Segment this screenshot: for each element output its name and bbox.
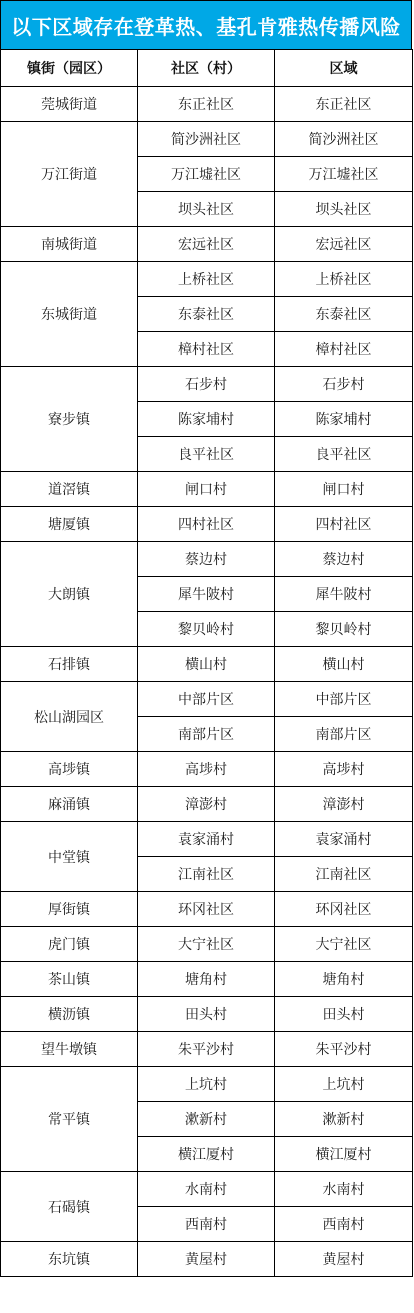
area-cell: 宏远社区 xyxy=(275,227,413,262)
town-cell: 望牛墩镇 xyxy=(1,1032,138,1067)
area-cell: 横江厦村 xyxy=(275,1137,413,1172)
town-cell: 常平镇 xyxy=(1,1067,138,1172)
table-row: 高埗镇高埗村高埗村 xyxy=(1,752,413,787)
header-community: 社区（村） xyxy=(138,50,275,87)
community-cell: 良平社区 xyxy=(138,437,275,472)
area-cell: 漳澎村 xyxy=(275,787,413,822)
table-row: 麻涌镇漳澎村漳澎村 xyxy=(1,787,413,822)
community-cell: 蔡边村 xyxy=(138,542,275,577)
table-row: 横沥镇田头村田头村 xyxy=(1,997,413,1032)
town-cell: 横沥镇 xyxy=(1,997,138,1032)
town-cell: 高埗镇 xyxy=(1,752,138,787)
area-cell: 简沙洲社区 xyxy=(275,122,413,157)
area-cell: 四村社区 xyxy=(275,507,413,542)
area-cell: 蔡边村 xyxy=(275,542,413,577)
community-cell: 漳澎村 xyxy=(138,787,275,822)
area-cell: 陈家埔村 xyxy=(275,402,413,437)
community-cell: 黎贝岭村 xyxy=(138,612,275,647)
table-row: 厚街镇环冈社区环冈社区 xyxy=(1,892,413,927)
table-row: 望牛墩镇朱平沙村朱平沙村 xyxy=(1,1032,413,1067)
area-cell: 黎贝岭村 xyxy=(275,612,413,647)
town-cell: 南城街道 xyxy=(1,227,138,262)
community-cell: 西南村 xyxy=(138,1207,275,1242)
area-cell: 漱新村 xyxy=(275,1102,413,1137)
town-cell: 中堂镇 xyxy=(1,822,138,892)
town-cell: 石排镇 xyxy=(1,647,138,682)
table-row: 石排镇横山村横山村 xyxy=(1,647,413,682)
community-cell: 闸口村 xyxy=(138,472,275,507)
community-cell: 朱平沙村 xyxy=(138,1032,275,1067)
area-cell: 南部片区 xyxy=(275,717,413,752)
community-cell: 东泰社区 xyxy=(138,297,275,332)
area-cell: 良平社区 xyxy=(275,437,413,472)
community-cell: 四村社区 xyxy=(138,507,275,542)
area-cell: 横山村 xyxy=(275,647,413,682)
table-row: 塘厦镇四村社区四村社区 xyxy=(1,507,413,542)
area-cell: 东正社区 xyxy=(275,87,413,122)
area-cell: 上坑村 xyxy=(275,1067,413,1102)
town-cell: 寮步镇 xyxy=(1,367,138,472)
community-cell: 大宁社区 xyxy=(138,927,275,962)
town-cell: 石碣镇 xyxy=(1,1172,138,1242)
community-cell: 漱新村 xyxy=(138,1102,275,1137)
community-cell: 江南社区 xyxy=(138,857,275,892)
table-row: 万江街道简沙洲社区简沙洲社区 xyxy=(1,122,413,157)
area-cell: 闸口村 xyxy=(275,472,413,507)
community-cell: 宏远社区 xyxy=(138,227,275,262)
table-body: 莞城街道东正社区东正社区万江街道简沙洲社区简沙洲社区万江墟社区万江墟社区坝头社区… xyxy=(1,87,413,1277)
table-row: 中堂镇袁家涌村袁家涌村 xyxy=(1,822,413,857)
community-cell: 中部片区 xyxy=(138,682,275,717)
area-cell: 袁家涌村 xyxy=(275,822,413,857)
table-row: 虎门镇大宁社区大宁社区 xyxy=(1,927,413,962)
town-cell: 东城街道 xyxy=(1,262,138,367)
community-cell: 环冈社区 xyxy=(138,892,275,927)
town-cell: 万江街道 xyxy=(1,122,138,227)
area-cell: 田头村 xyxy=(275,997,413,1032)
table-row: 松山湖园区中部片区中部片区 xyxy=(1,682,413,717)
area-cell: 樟村社区 xyxy=(275,332,413,367)
area-cell: 塘角村 xyxy=(275,962,413,997)
area-cell: 高埗村 xyxy=(275,752,413,787)
community-cell: 袁家涌村 xyxy=(138,822,275,857)
community-cell: 樟村社区 xyxy=(138,332,275,367)
community-cell: 上桥社区 xyxy=(138,262,275,297)
header-town: 镇街（园区） xyxy=(1,50,138,87)
area-cell: 大宁社区 xyxy=(275,927,413,962)
town-cell: 厚街镇 xyxy=(1,892,138,927)
area-cell: 犀牛陂村 xyxy=(275,577,413,612)
risk-area-table: 镇街（园区） 社区（村） 区域 莞城街道东正社区东正社区万江街道简沙洲社区简沙洲… xyxy=(0,49,413,1277)
table-row: 南城街道宏远社区宏远社区 xyxy=(1,227,413,262)
town-cell: 塘厦镇 xyxy=(1,507,138,542)
town-cell: 道滘镇 xyxy=(1,472,138,507)
table-row: 寮步镇石步村石步村 xyxy=(1,367,413,402)
community-cell: 塘角村 xyxy=(138,962,275,997)
town-cell: 莞城街道 xyxy=(1,87,138,122)
community-cell: 陈家埔村 xyxy=(138,402,275,437)
header-area: 区域 xyxy=(275,50,413,87)
community-cell: 石步村 xyxy=(138,367,275,402)
table-row: 大朗镇蔡边村蔡边村 xyxy=(1,542,413,577)
area-cell: 万江墟社区 xyxy=(275,157,413,192)
town-cell: 松山湖园区 xyxy=(1,682,138,752)
area-cell: 中部片区 xyxy=(275,682,413,717)
table-row: 东城街道上桥社区上桥社区 xyxy=(1,262,413,297)
community-cell: 黄屋村 xyxy=(138,1242,275,1277)
area-cell: 坝头社区 xyxy=(275,192,413,227)
table-row: 东坑镇黄屋村黄屋村 xyxy=(1,1242,413,1277)
area-cell: 朱平沙村 xyxy=(275,1032,413,1067)
community-cell: 横江厦村 xyxy=(138,1137,275,1172)
area-cell: 上桥社区 xyxy=(275,262,413,297)
community-cell: 高埗村 xyxy=(138,752,275,787)
town-cell: 大朗镇 xyxy=(1,542,138,647)
community-cell: 南部片区 xyxy=(138,717,275,752)
town-cell: 虎门镇 xyxy=(1,927,138,962)
community-cell: 田头村 xyxy=(138,997,275,1032)
table-row: 常平镇上坑村上坑村 xyxy=(1,1067,413,1102)
community-cell: 东正社区 xyxy=(138,87,275,122)
table-row: 莞城街道东正社区东正社区 xyxy=(1,87,413,122)
community-cell: 横山村 xyxy=(138,647,275,682)
area-cell: 东泰社区 xyxy=(275,297,413,332)
table-row: 茶山镇塘角村塘角村 xyxy=(1,962,413,997)
community-cell: 水南村 xyxy=(138,1172,275,1207)
header-row: 镇街（园区） 社区（村） 区域 xyxy=(1,50,413,87)
community-cell: 万江墟社区 xyxy=(138,157,275,192)
community-cell: 犀牛陂村 xyxy=(138,577,275,612)
town-cell: 东坑镇 xyxy=(1,1242,138,1277)
town-cell: 麻涌镇 xyxy=(1,787,138,822)
community-cell: 上坑村 xyxy=(138,1067,275,1102)
community-cell: 简沙洲社区 xyxy=(138,122,275,157)
community-cell: 坝头社区 xyxy=(138,192,275,227)
town-cell: 茶山镇 xyxy=(1,962,138,997)
area-cell: 环冈社区 xyxy=(275,892,413,927)
page-title: 以下区域存在登革热、基孔肯雅热传播风险 xyxy=(0,0,412,49)
area-cell: 石步村 xyxy=(275,367,413,402)
area-cell: 黄屋村 xyxy=(275,1242,413,1277)
area-cell: 水南村 xyxy=(275,1172,413,1207)
table-row: 道滘镇闸口村闸口村 xyxy=(1,472,413,507)
area-cell: 西南村 xyxy=(275,1207,413,1242)
area-cell: 江南社区 xyxy=(275,857,413,892)
table-row: 石碣镇水南村水南村 xyxy=(1,1172,413,1207)
